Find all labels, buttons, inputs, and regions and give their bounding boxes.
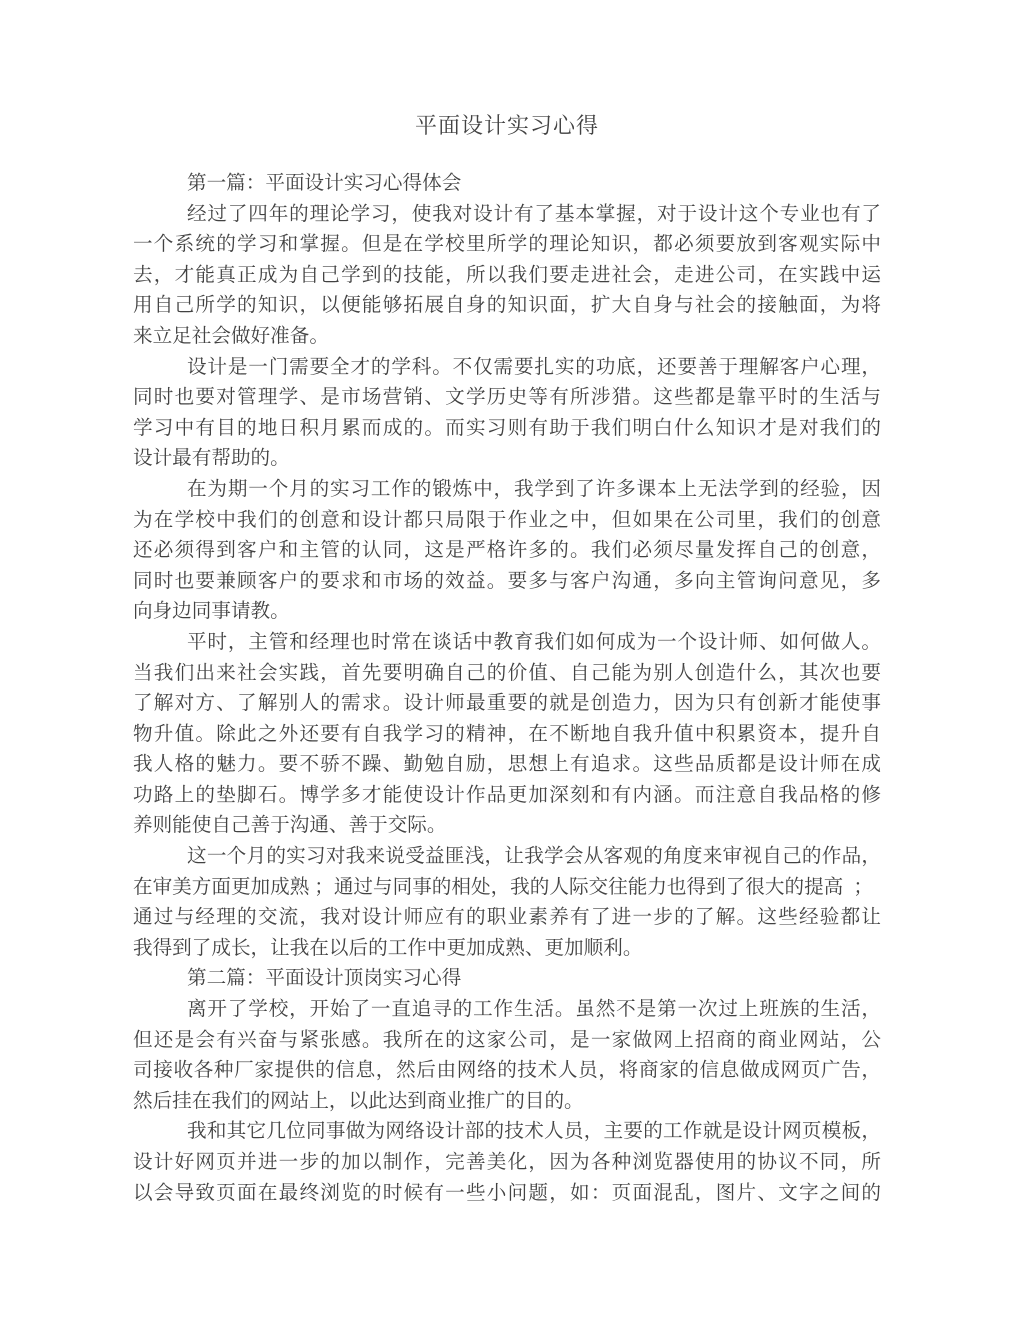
document-page: 平面设计实习心得 第一篇：平面设计实习心得体会经过了四年的理论学习，使我对设计有… — [0, 0, 1024, 1325]
text-line: 物升值。除此之外还要有自我学习的精神，在不断地自我升值中积累资本，提升自 — [133, 720, 881, 751]
section-heading-line: 第二篇：平面设计顶岗实习心得 — [133, 964, 881, 995]
text-line: 了解对方、了解别人的需求。设计师最重要的就是创造力，因为只有创新才能使事 — [133, 689, 881, 720]
text-line: 设计是一门需要全才的学科。不仅需要扎实的功底，还要善于理解客户心理， — [133, 353, 881, 384]
text-line: 在为期一个月的实习工作的锻炼中，我学到了许多课本上无法学到的经验，因 — [133, 475, 881, 506]
text-line: 平时，主管和经理也时常在谈话中教育我们如何成为一个设计师、如何做人。 — [133, 628, 881, 659]
hanging-punctuation: ； — [853, 873, 881, 904]
text-line: 但还是会有兴奋与紧张感。我所在的这家公司，是一家做网上招商的商业网站，公 — [133, 1026, 881, 1057]
text-line: 一个系统的学习和掌握。但是在学校里所学的理论知识，都必须要放到客观实际中 — [133, 230, 881, 261]
text-line: 同时也要兼顾客户的要求和市场的效益。要多与客户沟通，多向主管询问意见，多 — [133, 567, 881, 598]
text-line: 当我们出来社会实践，首先要明确自己的价值、自己能为别人创造什么，其次也要 — [133, 659, 881, 690]
text-line: 养则能使自己善于沟通、善于交际。 — [133, 811, 881, 842]
text-line: 通过与经理的交流，我对设计师应有的职业素养有了进一步的了解。这些经验都让 — [133, 903, 881, 934]
document-body: 第一篇：平面设计实习心得体会经过了四年的理论学习，使我对设计有了基本掌握，对于设… — [133, 169, 881, 1209]
text-line: 这一个月的实习对我来说受益匪浅，让我学会从客观的角度来审视自己的作品， — [133, 842, 881, 873]
text-line: 同时也要对管理学、是市场营销、文学历史等有所涉猎。这些都是靠平时的生活与 — [133, 383, 881, 414]
text-line: 我人格的魅力。要不骄不躁、勤勉自励，思想上有追求。这些品质都是设计师在成 — [133, 750, 881, 781]
text-line: 离开了学校，开始了一直追寻的工作生活。虽然不是第一次过上班族的生活， — [133, 995, 881, 1026]
text-line: 司接收各种厂家提供的信息，然后由网络的技术人员，将商家的信息做成网页广告， — [133, 1056, 881, 1087]
text-line: 经过了四年的理论学习，使我对设计有了基本掌握，对于设计这个专业也有了 — [133, 200, 881, 231]
text-line: 去，才能真正成为自己学到的技能，所以我们要走进社会，走进公司，在实践中运 — [133, 261, 881, 292]
document-content: 平面设计实习心得 第一篇：平面设计实习心得体会经过了四年的理论学习，使我对设计有… — [133, 108, 881, 1209]
text-line: 功路上的垫脚石。博学多才能使设计作品更加深刻和有内涵。而注意自我品格的修 — [133, 781, 881, 812]
text-line: 在审美方面更加成熟 ；通过与同事的相处，我的人际交往能力也得到了很大的提高； — [133, 873, 881, 904]
text-line: 我得到了成长，让我在以后的工作中更加成熟、更加顺利。 — [133, 934, 881, 965]
text-line: 用自己所学的知识，以便能够拓展自身的知识面，扩大自身与社会的接触面，为将 — [133, 291, 881, 322]
document-title: 平面设计实习心得 — [133, 108, 881, 144]
text-line: 我和其它几位同事做为网络设计部的技术人员，主要的工作就是设计网页模板， — [133, 1117, 881, 1148]
text-line: 然后挂在我们的网站上，以此达到商业推广的目的。 — [133, 1087, 881, 1118]
text-line-main: 在审美方面更加成熟 ；通过与同事的相处，我的人际交往能力也得到了很大的提高 — [133, 873, 843, 904]
text-line: 以会导致页面在最终浏览的时候有一些小问题，如：页面混乱，图片、文字之间的 — [133, 1179, 881, 1210]
text-line: 来立足社会做好准备。 — [133, 322, 881, 353]
text-line: 设计最有帮助的。 — [133, 444, 881, 475]
text-line: 学习中有目的地日积月累而成的。而实习则有助于我们明白什么知识才是对我们的 — [133, 414, 881, 445]
section-heading-line: 第一篇：平面设计实习心得体会 — [133, 169, 881, 200]
text-line: 设计好网页并进一步的加以制作，完善美化，因为各种浏览器使用的协议不同，所 — [133, 1148, 881, 1179]
text-line: 向身边同事请教。 — [133, 597, 881, 628]
text-line: 还必须得到客户和主管的认同，这是严格许多的。我们必须尽量发挥自己的创意， — [133, 536, 881, 567]
text-line: 为在学校中我们的创意和设计都只局限于作业之中，但如果在公司里，我们的创意 — [133, 506, 881, 537]
